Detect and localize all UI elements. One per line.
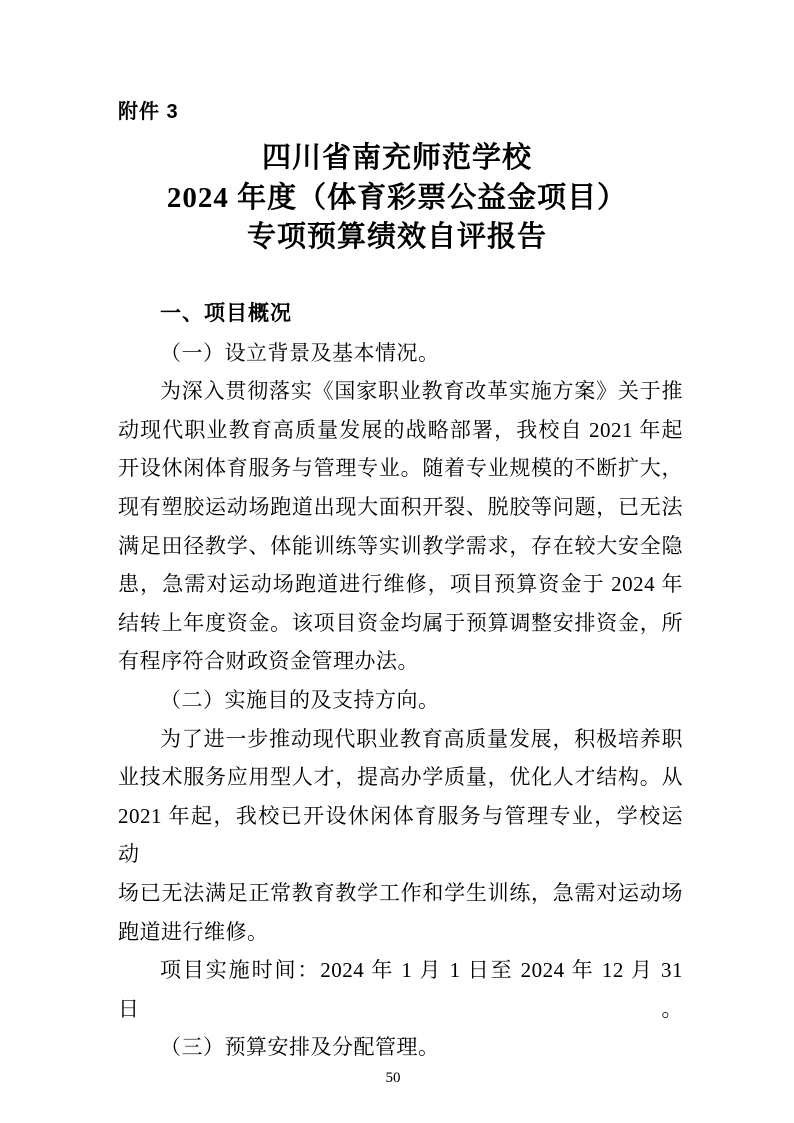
subsection-heading: （二）实施目的及支持方向。 — [118, 681, 683, 720]
body-line: 有程序符合财政资金管理办法。 — [118, 642, 683, 681]
body-line: 2021 年起，我校已开设休闲体育服务与管理专业，学校运动 — [118, 797, 683, 874]
page-number: 50 — [0, 1068, 786, 1088]
body-line: 跑道进行维修。 — [118, 913, 683, 952]
title-line: 2024 年度（体育彩票公益金项目） — [0, 179, 794, 219]
body-line: 动现代职业教育高质量发展的战略部署，我校自 2021 年起 — [118, 411, 683, 450]
subsection-heading: （一）设立背景及基本情况。 — [118, 334, 683, 373]
body-line: 患，急需对运动场跑道进行维修，项目预算资金于 2024 年 — [118, 565, 683, 604]
body-line: 开设休闲体育服务与管理专业。随着专业规模的不断扩大， — [118, 449, 683, 488]
body-line: 业技术服务应用型人才，提高办学质量，优化人才结构。从 — [118, 758, 683, 797]
body-line: 满足田径教学、体能训练等实训教学需求，存在较大安全隐 — [118, 527, 683, 566]
body-line: 现有塑胶运动场跑道出现大面积开裂、脱胶等问题，已无法 — [118, 488, 683, 527]
document-body: 一、项目概况（一）设立背景及基本情况。为深入贯彻落实《国家职业教育改革实施方案》… — [118, 295, 683, 1067]
section-heading: 一、项目概况 — [118, 295, 683, 334]
title-line: 专项预算绩效自评报告 — [0, 218, 794, 258]
body-line: 项目实施时间：2024 年 1 月 1 日至 2024 年 12 月 31 日。 — [118, 951, 683, 1028]
attachment-label: 附件 3 — [118, 99, 179, 126]
body-line: 为深入贯彻落实《国家职业教育改革实施方案》关于推 — [118, 372, 683, 411]
title-line: 四川省南充师范学校 — [0, 139, 794, 179]
body-line: 结转上年度资金。该项目资金均属于预算调整安排资金，所 — [118, 604, 683, 643]
body-line: 场已无法满足正常教育教学工作和学生训练，急需对运动场 — [118, 874, 683, 913]
document-title: 四川省南充师范学校 2024 年度（体育彩票公益金项目） 专项预算绩效自评报告 — [0, 139, 794, 258]
subsection-heading: （三）预算安排及分配管理。 — [118, 1028, 683, 1067]
body-line: 为了进一步推动现代职业教育高质量发展，积极培养职 — [118, 720, 683, 759]
document-page: 附件 3 四川省南充师范学校 2024 年度（体育彩票公益金项目） 专项预算绩效… — [0, 0, 794, 1123]
